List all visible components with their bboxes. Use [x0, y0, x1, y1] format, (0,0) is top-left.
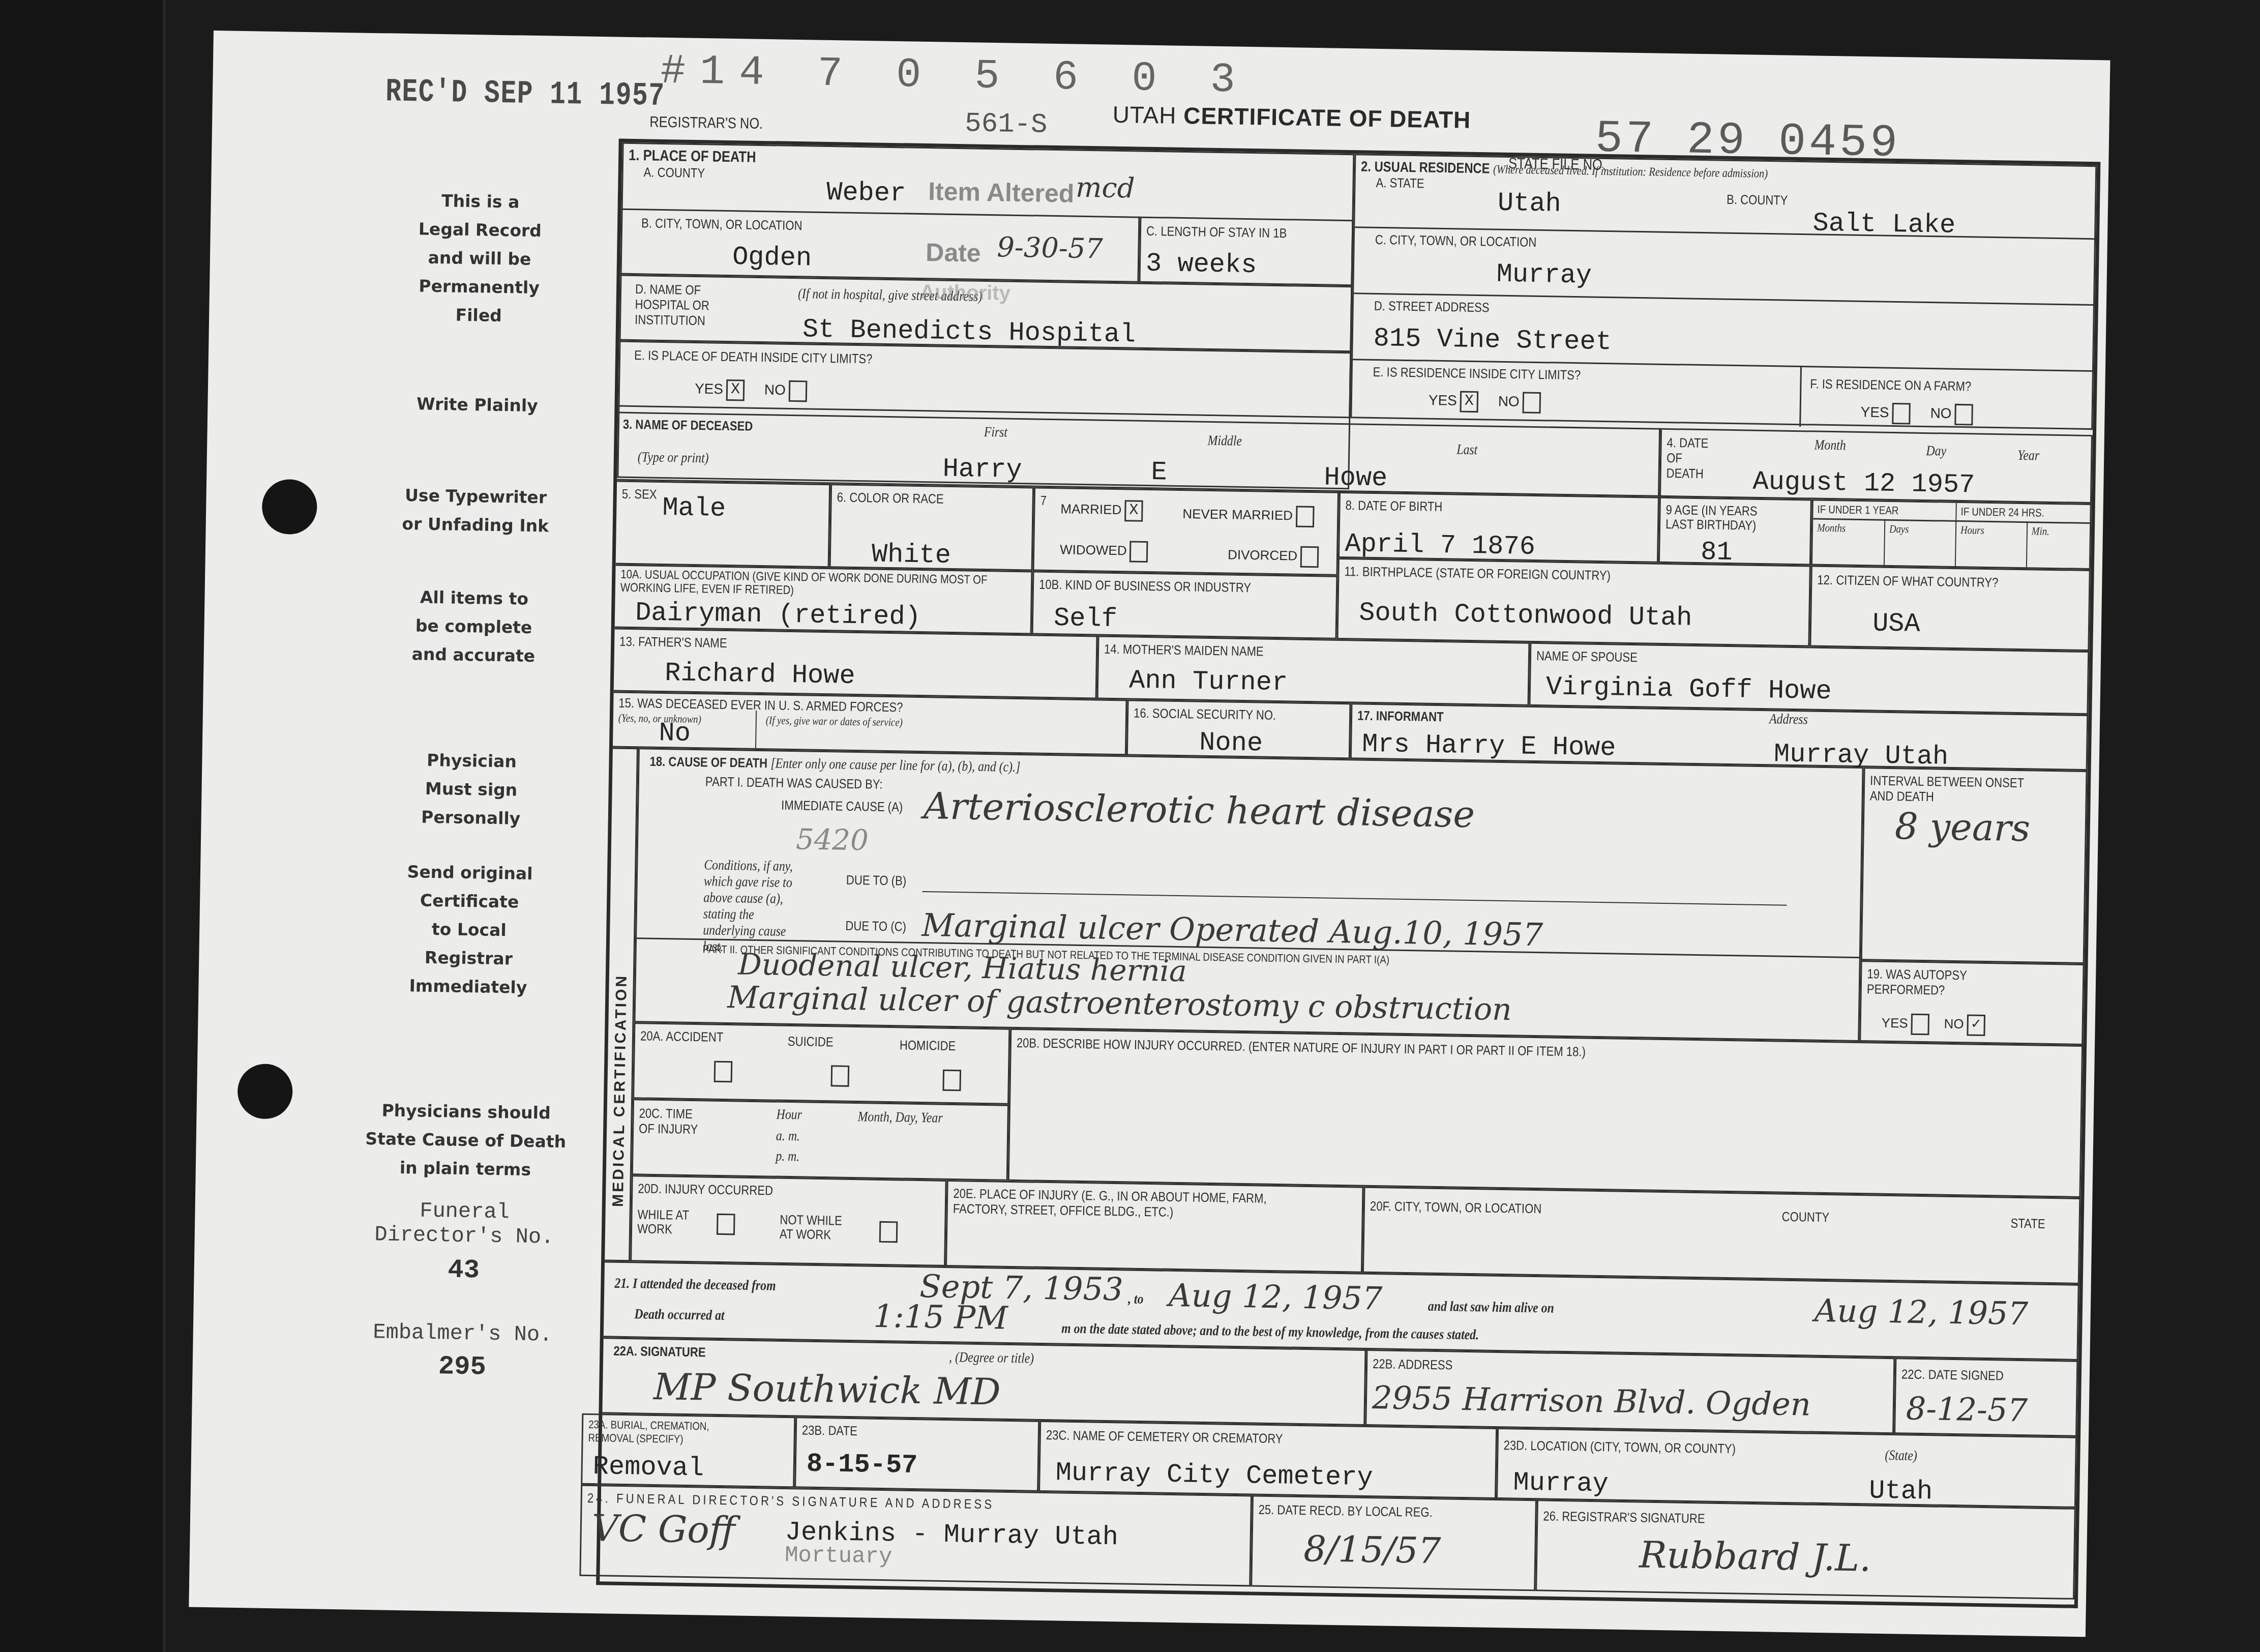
informant-address-label: Address	[1769, 711, 1808, 728]
note-line: State Cause of Death	[359, 1125, 573, 1157]
business-value: Self	[1054, 603, 1118, 634]
death-time-value: 1:15 PM	[873, 1297, 1008, 1337]
month-label: Month	[1814, 437, 1846, 454]
part1-label: PART I. DEATH WAS CAUSED BY:	[705, 774, 883, 792]
no-label: NO	[1498, 393, 1520, 409]
citizen-cell: 12. CITIZEN OF WHAT COUNTRY? USA	[1809, 565, 2090, 651]
inside-limits-label: e. IS PLACE OF DEATH INSIDE CITY LIMITS?	[634, 347, 873, 367]
suicide-label: SUICIDE	[788, 1034, 834, 1050]
divider	[1799, 366, 1802, 427]
not-while-at-work-checkbox[interactable]	[879, 1221, 898, 1243]
last-saw-label: and last saw him alive on	[1428, 1299, 1554, 1317]
father-label: 13. FATHER'S NAME	[619, 634, 727, 651]
cemetery-value: Murray City Cemetery	[1055, 1458, 1373, 1493]
cause-code: 5420	[796, 823, 869, 857]
inside-limits-cell: e. IS PLACE OF DEATH INSIDE CITY LIMITS?…	[618, 341, 1351, 419]
farm-yes-checkbox[interactable]	[1892, 403, 1911, 425]
mdy-label: Month, Day, Year	[857, 1109, 943, 1127]
note-line: Physician	[395, 746, 548, 777]
homicide-label: HOMICIDE	[900, 1037, 956, 1054]
under-1yr-label: IF UNDER 1 YEAR	[1817, 503, 1898, 518]
business-label: 10b. KIND OF BUSINESS OR INDUSTRY	[1039, 577, 1252, 596]
registrar-signature-cell: 26. REGISTRAR'S SIGNATURE Rubbard J.L.	[1535, 1499, 2076, 1600]
cause-heading: 18. CAUSE OF DEATH [Enter only one cause…	[649, 754, 1020, 776]
place-inside-yes-checkbox[interactable]: X	[726, 379, 745, 401]
res-city-label: c. CITY, TOWN, OR LOCATION	[1375, 232, 1537, 250]
authority-label: Authority	[920, 281, 1010, 305]
note-line: Legal Record	[403, 215, 556, 246]
father-cell: 13. FATHER'S NAME Richard Howe	[614, 628, 1098, 699]
death-time-suffix: m on the date stated above; and to the b…	[1061, 1321, 1479, 1344]
while-at-work-label: WHILE AT WORK	[637, 1207, 702, 1236]
birthplace-value: South Cottonwood Utah	[1359, 598, 1692, 633]
interval-value: 8 years	[1894, 805, 2031, 849]
interval-label: INTERVAL BETWEEN ONSET AND DEATH	[1870, 773, 2043, 806]
label-line: HOSPITAL OR	[635, 297, 709, 313]
marital-label: 7	[1040, 493, 1047, 509]
ssn-label: 16. SOCIAL SECURITY NO.	[1134, 705, 1276, 723]
res-inside-yes-checkbox[interactable]: X	[1460, 391, 1479, 413]
burial-state-label: (State)	[1885, 1448, 1917, 1464]
married-option: MARRIEDX	[1060, 499, 1143, 522]
note-line: All items to	[398, 583, 551, 614]
physician-signature: MP Southwick MD	[653, 1365, 1001, 1413]
note-line: to Local	[393, 914, 546, 946]
death-date-cell: 4. DATE OF DEATH Month Day Year August 1…	[1659, 428, 2093, 504]
note-line: and accurate	[397, 640, 550, 671]
death-date-label: 4. DATE OF DEATH	[1666, 435, 1718, 482]
title-prefix: UTAH	[1112, 101, 1177, 129]
label-line: d. NAME OF	[635, 281, 710, 298]
middle-label: Middle	[1207, 433, 1242, 450]
degree-label: , (Degree or title)	[949, 1349, 1034, 1367]
conditions-note: Conditions, if any, which gave rise to a…	[703, 857, 804, 956]
title-text: CERTIFICATE OF DEATH	[1183, 102, 1471, 133]
usual-residence-note: (Where deceased lived. If institution: R…	[1493, 163, 1768, 181]
physician-address-cell: 22b. ADDRESS 2955 Harrison Blvd. Ogden	[1365, 1349, 1895, 1434]
divorced-option: DIVORCED	[1228, 545, 1319, 568]
item-altered-stamp: Item Altered	[928, 176, 1075, 209]
date-signed-label: 22c. DATE SIGNED	[1901, 1366, 2004, 1383]
occupation-value: Dairyman (retired)	[635, 598, 921, 632]
yes-label: YES	[1882, 1015, 1908, 1031]
funeral-director-mortuary: Mortuary	[785, 1543, 893, 1570]
age-value: 81	[1701, 537, 1733, 568]
accident-label: 20a. ACCIDENT	[640, 1028, 724, 1045]
birth-date-label: 8. DATE OF BIRTH	[1345, 497, 1442, 515]
funeral-director-signature: VC Goff	[591, 1507, 735, 1551]
burial-location-label: 23d. LOCATION (City, town, or county)	[1503, 1437, 1736, 1457]
yes-label: YES	[695, 380, 724, 397]
homicide-checkbox[interactable]	[942, 1070, 961, 1091]
mother-value: Ann Turner	[1129, 665, 1288, 698]
never-married-option: NEVER MARRIED	[1182, 504, 1314, 527]
informant-label: 17. INFORMANT	[1357, 707, 1444, 725]
spouse-cell: NAME OF SPOUSE Virginia Goff Howe	[1529, 642, 2089, 715]
autopsy-no-checkbox[interactable]: ✓	[1967, 1014, 1985, 1036]
stay-cell: c. LENGTH OF STAY IN 1b 3 weeks	[1139, 217, 1353, 286]
immediate-cause-label: IMMEDIATE CAUSE (a)	[781, 798, 903, 815]
injury-how-cell: 20b. DESCRIBE HOW INJURY OCCURRED. (Ente…	[1008, 1028, 2083, 1198]
punch-hole-bottom	[237, 1064, 293, 1119]
immediate-cause-value: Arteriosclerotic heart disease	[924, 784, 1475, 836]
funeral-director-label: Funeral Director's No.	[357, 1198, 571, 1250]
section-usual-residence: 2. USUAL RESIDENCE (Where deceased lived…	[1350, 154, 2097, 430]
place-city-cell: b. CITY, TOWN, OR LOCATION Ogden Date 9-…	[620, 209, 1140, 283]
punch-hole-top	[261, 479, 317, 535]
place-city-value: Ogden	[732, 242, 812, 273]
res-county-label: b. COUNTY	[1727, 192, 1788, 209]
race-cell: 6. COLOR OR RACE White	[829, 484, 1034, 571]
place-of-death-label: 1. PLACE OF DEATH	[629, 147, 756, 166]
note-line: or Unfading Ink	[389, 510, 562, 541]
first-name-value: Harry	[942, 454, 1022, 485]
under-24h-label: IF UNDER 24 HRS.	[1960, 505, 2044, 520]
burial-method-value: Removal	[592, 1452, 704, 1483]
registrar-signature-label: 26. REGISTRAR'S SIGNATURE	[1543, 1508, 1705, 1526]
embalmer-no: 295	[355, 1350, 569, 1384]
note-line: Use Typewriter	[389, 481, 562, 512]
never-married-label: NEVER MARRIED	[1182, 506, 1293, 523]
note-line: Registrar	[392, 943, 545, 974]
time-injury-cell: 20c. TIME OF INJURY Hour a. m. p. m. Mon…	[632, 1099, 1009, 1181]
alteration-date-label: Date	[926, 238, 981, 268]
res-street-label: d. STREET ADDRESS	[1374, 298, 1490, 316]
min-label: Min.	[2032, 524, 2049, 538]
res-city-value: Murray	[1496, 259, 1592, 291]
embalmer-label: Embalmer's No.	[355, 1320, 570, 1348]
note-line: Permanently	[403, 272, 556, 303]
burial-location-cell: 23d. LOCATION (City, town, or county) (S…	[1496, 1428, 2077, 1508]
certificate-form: 1. PLACE OF DEATH a. COUNTY Weber Item A…	[596, 139, 2100, 1608]
not-while-at-work-label: NOT WHILE AT WORK	[780, 1213, 858, 1242]
alteration-date: 9-30-57	[997, 231, 1103, 264]
day-label: Day	[1926, 443, 1946, 460]
pm-label: p. m.	[776, 1148, 799, 1165]
physician-address-label: 22b. ADDRESS	[1373, 1356, 1453, 1373]
binder-strip	[0, 0, 166, 1652]
name-label: 3. NAME OF DECEASED	[623, 417, 753, 434]
serial-number: #14 7 0 5 6 0 3	[660, 48, 1250, 104]
note-line: Personally	[394, 803, 547, 834]
burial-method-cell: 23a. BURIAL, CREMATION, REMOVAL (Specify…	[581, 1413, 795, 1488]
note-legal-record: This is a Legal Record and will be Perma…	[402, 186, 557, 331]
injury-occurred-cell: 20d. INJURY OCCURRED WHILE AT WORK NOT W…	[630, 1175, 947, 1266]
spouse-value: Virginia Goff Howe	[1546, 672, 1832, 706]
signature-cell: 22a. SIGNATURE , (Degree or title) MP So…	[602, 1337, 1366, 1426]
burial-state-value: Utah	[1869, 1476, 1933, 1507]
hospital-cell: d. NAME OF HOSPITAL OR INSTITUTION (If n…	[619, 275, 1353, 352]
informant-value: Mrs Harry E Howe	[1362, 729, 1616, 763]
race-value: White	[872, 539, 951, 570]
divorced-checkbox[interactable]	[1300, 546, 1319, 568]
last-name-value: Howe	[1324, 462, 1388, 493]
sex-cell: 5. SEX Male	[616, 481, 831, 568]
note-line: and will be	[403, 243, 556, 274]
cause-note: [Enter only one cause per line for (a), …	[770, 755, 1021, 775]
funeral-director-no: 43	[356, 1254, 571, 1287]
hospital-label: d. NAME OF HOSPITAL OR INSTITUTION	[635, 281, 710, 328]
usual-residence-title: 2. USUAL RESIDENCE	[1361, 158, 1490, 176]
ssn-cell: 16. SOCIAL SECURITY NO. None	[1126, 699, 1351, 759]
received-stamp: REC'D SEP 11 1957	[385, 74, 666, 115]
no-label: NO	[1944, 1016, 1964, 1032]
registrars-no: 561-S	[965, 108, 1048, 141]
registrar-signature: Rubbard J.L.	[1639, 1533, 1871, 1579]
widowed-checkbox[interactable]	[1129, 541, 1148, 563]
due-to-c-label: DUE TO (c)	[845, 918, 906, 935]
married-label: MARRIED	[1060, 501, 1121, 517]
note-plain-terms: Physicians should State Cause of Death i…	[358, 1096, 573, 1185]
birth-date-value: April 7 1876	[1345, 529, 1535, 562]
business-cell: 10b. KIND OF BUSINESS OR INDUSTRY Self	[1032, 571, 1338, 639]
father-value: Richard Howe	[665, 658, 855, 691]
armed-forces-note2: (If yes, give war or dates of service)	[766, 714, 903, 729]
days-label: Days	[1889, 522, 1909, 536]
mother-cell: 14. MOTHER'S MAIDEN NAME Ann Turner	[1097, 635, 1530, 705]
death-certificate-page: REC'D SEP 11 1957 #14 7 0 5 6 0 3 REGIST…	[189, 31, 2110, 1637]
birthplace-label: 11. BIRTHPLACE (State or foreign country…	[1344, 564, 1611, 583]
county-label: a. COUNTY	[643, 164, 705, 181]
res-state-value: Utah	[1498, 188, 1562, 219]
note-line: Send original	[394, 858, 547, 889]
place-county-value: Weber	[826, 178, 906, 209]
am-label: a. m.	[776, 1128, 800, 1145]
note-line: This is a	[404, 186, 557, 217]
race-label: 6. COLOR OR RACE	[837, 489, 943, 507]
attended-label: 21. I attended the deceased from	[614, 1276, 776, 1294]
spouse-label: NAME OF SPOUSE	[1536, 648, 1638, 665]
armed-forces-value: No	[659, 718, 691, 749]
divider	[1884, 519, 1886, 568]
res-inside-limits-label: e. IS RESIDENCE INSIDE CITY LIMITS?	[1373, 364, 1581, 383]
yes-label: YES	[1860, 404, 1889, 420]
injury-location-cell: 20f. CITY, TOWN, OR LOCATION COUNTY STAT…	[1362, 1187, 2080, 1284]
note-line: be complete	[397, 611, 550, 642]
accident-cell: 20a. ACCIDENT SUICIDE HOMICIDE	[633, 1022, 1010, 1105]
death-date-value: August 12 1957	[1752, 467, 1975, 500]
farm-no-checkbox[interactable]	[1954, 404, 1973, 426]
place-injury-label: 20e. PLACE OF INJURY (e. g., in or about…	[953, 1186, 1282, 1221]
occupation-label: 10a. USUAL OCCUPATION (Give kind of work…	[620, 568, 1001, 601]
first-label: First	[984, 424, 1008, 441]
note-line: Must sign	[395, 774, 548, 805]
note-line: in plain terms	[358, 1153, 572, 1185]
place-injury-cell: 20e. PLACE OF INJURY (e. g., in or about…	[945, 1180, 1364, 1273]
widowed-label: WIDOWED	[1060, 542, 1127, 558]
under-age-cell: IF UNDER 1 YEAR IF UNDER 24 HRS. Months …	[1811, 499, 2092, 570]
date-signed-value: 8-12-57	[1906, 1390, 2028, 1429]
burial-date-cell: 23b. DATE 8-15-57	[794, 1417, 1039, 1492]
registrars-no-label: REGISTRAR'S NO.	[649, 113, 763, 132]
sex-value: Male	[662, 493, 726, 524]
burial-date-value: 8-15-57	[806, 1449, 917, 1481]
age-cell: 9 AGE (In years last birthday) 81	[1658, 497, 1812, 566]
interval-cell: INTERVAL BETWEEN ONSET AND DEATH 8 years	[1861, 767, 2088, 964]
never-married-checkbox[interactable]	[1296, 506, 1315, 528]
citizen-label: 12. CITIZEN OF WHAT COUNTRY?	[1817, 572, 1999, 591]
note-line: Funeral	[358, 1198, 572, 1226]
date-received-label: 25. DATE RECD. BY LOCAL REG.	[1258, 1502, 1433, 1520]
while-at-work-checkbox[interactable]	[717, 1214, 735, 1235]
date-received-value: 8/15/57	[1303, 1528, 1441, 1572]
due-to-b-line	[923, 891, 1787, 906]
burial-location-value: Murray	[1513, 1467, 1609, 1499]
accident-checkbox[interactable]	[714, 1061, 733, 1083]
mother-label: 14. MOTHER'S MAIDEN NAME	[1104, 641, 1264, 660]
death-time-label: Death occurred at	[634, 1306, 725, 1324]
certificate-title: UTAH CERTIFICATE OF DEATH	[1112, 101, 1471, 134]
marital-cell: 7 MARRIEDX NEVER MARRIED WIDOWED DIVORCE…	[1033, 487, 1340, 575]
note-line: Immediately	[392, 971, 545, 1002]
stay-label: c. LENGTH OF STAY IN 1b	[1146, 223, 1287, 241]
divider	[2026, 521, 2028, 570]
occupation-cell: 10a. USUAL OCCUPATION (Give kind of work…	[615, 565, 1033, 635]
autopsy-cell: 19. WAS AUTOPSY PERFORMED? YES NO✓	[1859, 960, 2084, 1045]
year-label: Year	[2017, 448, 2039, 464]
armed-forces-cell: 15. WAS DECEASED EVER IN U. S. ARMED FOR…	[613, 692, 1127, 756]
signature-label: 22a. SIGNATURE	[613, 1343, 706, 1361]
note-line: Director's No.	[357, 1222, 571, 1250]
res-inside-no-checkbox[interactable]	[1522, 392, 1541, 414]
city-label: b. CITY, TOWN, OR LOCATION	[641, 215, 802, 233]
divorced-label: DIVORCED	[1228, 547, 1298, 563]
injury-occurred-label: 20d. INJURY OCCURRED	[638, 1181, 773, 1198]
injury-city-label: 20f. CITY, TOWN, OR LOCATION	[1370, 1198, 1542, 1217]
alteration-initials: mcd	[1076, 171, 1135, 204]
married-checkbox[interactable]: X	[1124, 500, 1143, 522]
middle-name-value: E	[1151, 457, 1167, 487]
attended-to-value: Aug 12, 1957	[1169, 1277, 1383, 1317]
autopsy-options: YES NO✓	[1881, 1013, 1985, 1036]
yes-label: YES	[1429, 392, 1458, 408]
note-typewriter: Use Typewriter or Unfading Ink	[389, 481, 562, 541]
birthplace-cell: 11. BIRTHPLACE (State or foreign country…	[1336, 558, 1810, 647]
time-injury-label: 20c. TIME OF INJURY	[639, 1105, 700, 1137]
physician-address-value: 2955 Harrison Blvd. Ogden	[1372, 1379, 1811, 1423]
burial-date-label: 23b. DATE	[802, 1423, 857, 1439]
inside-limits-options: YESX NO	[695, 379, 808, 402]
autopsy-yes-checkbox[interactable]	[1911, 1014, 1929, 1036]
name-note: (Type or print)	[638, 449, 709, 466]
hours-label: Hours	[1960, 523, 1984, 537]
farm-label: f. IS RESIDENCE ON A FARM?	[1810, 376, 1971, 394]
res-state-label: a. STATE	[1376, 175, 1424, 191]
date-signed-cell: 22c. DATE SIGNED 8-12-57	[1894, 1358, 2078, 1437]
note-write-plainly: Write Plainly	[401, 390, 554, 421]
note-send-original: Send original Certificate to Local Regis…	[392, 858, 546, 1002]
months-label: Months	[1817, 521, 1846, 535]
ssn-value: None	[1199, 728, 1263, 759]
due-to-c-value: Marginal ulcer Operated Aug.10, 1957	[921, 906, 1543, 953]
last-saw-value: Aug 12, 1957	[1814, 1292, 2028, 1333]
injury-county-label: COUNTY	[1782, 1209, 1830, 1225]
place-inside-no-checkbox[interactable]	[789, 380, 808, 402]
due-to-b-label: DUE TO (b)	[846, 872, 907, 889]
age-label: 9 AGE (In years last birthday)	[1666, 503, 1770, 533]
no-label: NO	[764, 381, 786, 398]
citizen-value: USA	[1872, 608, 1921, 639]
res-inside-options: YESX NO	[1429, 391, 1541, 414]
hour-label: Hour	[776, 1107, 802, 1124]
divider	[1955, 503, 1957, 569]
birth-date-cell: 8. DATE OF BIRTH April 7 1876	[1338, 492, 1659, 563]
divider	[1813, 518, 2090, 524]
cause-label: 18. CAUSE OF DEATH	[649, 754, 767, 771]
part2-line2: Marginal ulcer of gastroenterostomy c ob…	[727, 980, 1512, 1027]
injury-state-label: STATE	[2010, 1216, 2045, 1232]
autopsy-label: 19. WAS AUTOPSY PERFORMED?	[1867, 966, 2040, 999]
cause-of-death-cell: 18. CAUSE OF DEATH [Enter only one cause…	[634, 748, 1863, 1042]
to-label: , to	[1128, 1291, 1144, 1308]
note-line: Filed	[402, 300, 555, 331]
cemetery-label: 23c. NAME OF CEMETERY OR CREMATORY	[1046, 1427, 1283, 1447]
date-received-cell: 25. DATE RECD. BY LOCAL REG. 8/15/57	[1251, 1495, 1537, 1591]
widowed-option: WIDOWED	[1060, 540, 1148, 563]
divider	[755, 711, 757, 751]
note-physician-sign: Physician Must sign Personally	[394, 746, 548, 834]
note-all-items: All items to be complete and accurate	[397, 583, 551, 671]
burial-method-label: 23a. BURIAL, CREMATION, REMOVAL (Specify…	[588, 1418, 753, 1447]
farm-options: YES NO	[1860, 402, 1973, 425]
cemetery-cell: 23c. NAME OF CEMETERY OR CREMATORY Murra…	[1038, 1421, 1497, 1499]
injury-how-label: 20b. DESCRIBE HOW INJURY OCCURRED. (Ente…	[1017, 1035, 1586, 1060]
medical-certification-label: MEDICAL CERTIFICATION	[610, 974, 631, 1207]
note-line: Physicians should	[359, 1096, 573, 1128]
suicide-checkbox[interactable]	[831, 1065, 850, 1087]
note-line: Certificate	[393, 886, 546, 917]
label-line: INSTITUTION	[635, 312, 709, 328]
funeral-director-cell: 24. FUNERAL DIRECTOR'S SIGNATURE AND ADD…	[579, 1485, 1252, 1587]
res-street-value: 815 Vine Street	[1373, 323, 1612, 357]
no-label: NO	[1930, 405, 1951, 422]
sex-label: 5. SEX	[622, 486, 657, 503]
stay-value: 3 weeks	[1146, 249, 1257, 280]
last-label: Last	[1456, 441, 1478, 458]
